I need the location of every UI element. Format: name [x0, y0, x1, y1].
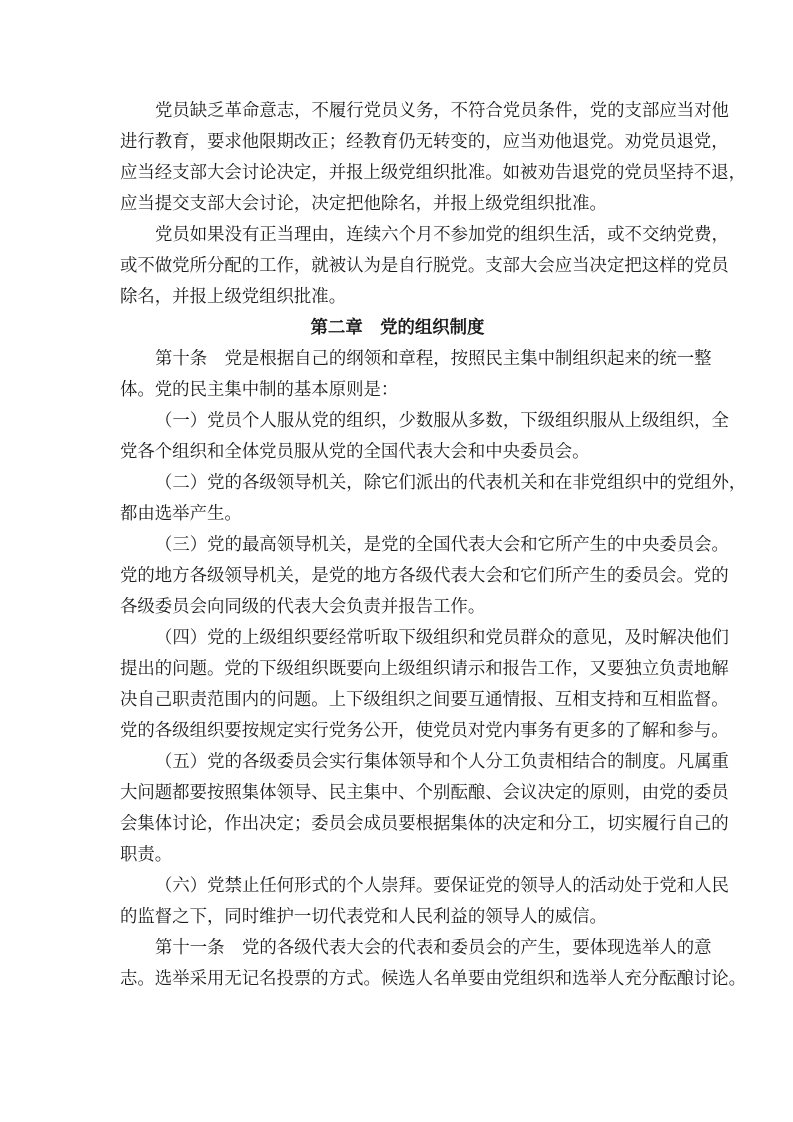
paragraph-principle-1: （一）党员个人服从党的组织，少数服从多数，下级组织服从上级组织，全 党各个组织和… — [120, 406, 675, 468]
text-line: 或不做党所分配的工作，就被认为是自行脱党。支部大会应当决定把这样的党员 — [120, 251, 675, 282]
paragraph-principle-2: （二）党的各级领导机关，除它们派出的代表机关和在非党组织中的党组外， 都由选举产… — [120, 468, 675, 530]
text-line: （六）党禁止任何形式的个人崇拜。要保证党的领导人的活动处于党和人民 — [120, 871, 675, 902]
paragraph-quit-party: 党员缺乏革命意志，不履行党员义务，不符合党员条件，党的支部应当对他 进行教育，要… — [120, 96, 675, 220]
paragraph-article-10: 第十条 党是根据自己的纲领和章程，按照民主集中制组织起来的统一整 体。党的民主集… — [120, 344, 675, 406]
text-line: 第十一条 党的各级代表大会的代表和委员会的产生，要体现选举人的意 — [120, 933, 675, 964]
text-line: 会集体讨论，作出决定；委员会成员要根据集体的决定和分工，切实履行自己的 — [120, 809, 675, 840]
paragraph-principle-6: （六）党禁止任何形式的个人崇拜。要保证党的领导人的活动处于党和人民 的监督之下，… — [120, 871, 675, 933]
chapter-heading: 第二章 党的组织制度 — [120, 313, 675, 344]
text-line: （四）党的上级组织要经常听取下级组织和党员群众的意见，及时解决他们 — [120, 623, 675, 654]
text-line: 应当经支部大会讨论决定，并报上级党组织批准。如被劝告退党的党员坚持不退， — [120, 158, 675, 189]
text-line: （二）党的各级领导机关，除它们派出的代表机关和在非党组织中的党组外， — [120, 468, 675, 499]
text-line: 提出的问题。党的下级组织既要向上级组织请示和报告工作，又要独立负责地解 — [120, 654, 675, 685]
paragraph-principle-4: （四）党的上级组织要经常听取下级组织和党员群众的意见，及时解决他们 提出的问题。… — [120, 623, 675, 747]
text-line: 应当提交支部大会讨论，决定把他除名，并报上级党组织批准。 — [120, 189, 675, 220]
text-line: 除名，并报上级党组织批准。 — [120, 282, 675, 313]
text-line: 党各个组织和全体党员服从党的全国代表大会和中央委员会。 — [120, 437, 675, 468]
paragraph-principle-3: （三）党的最高领导机关，是党的全国代表大会和它所产生的中央委员会。 党的地方各级… — [120, 530, 675, 623]
text-line: 职责。 — [120, 840, 675, 871]
text-line: （五）党的各级委员会实行集体领导和个人分工负责相结合的制度。凡属重 — [120, 747, 675, 778]
text-line: 党的地方各级领导机关，是党的地方各级代表大会和它们所产生的委员会。党的 — [120, 561, 675, 592]
text-line: 党员缺乏革命意志，不履行党员义务，不符合党员条件，党的支部应当对他 — [120, 96, 675, 127]
text-line: 大问题都要按照集体领导、民主集中、个别酝酿、会议决定的原则，由党的委员 — [120, 778, 675, 809]
text-line: （一）党员个人服从党的组织，少数服从多数，下级组织服从上级组织，全 — [120, 406, 675, 437]
text-line: 党的各级组织要按规定实行党务公开，使党员对党内事务有更多的了解和参与。 — [120, 716, 675, 747]
text-line: 都由选举产生。 — [120, 499, 675, 530]
text-line: 志。选举采用无记名投票的方式。候选人名单要由党组织和选举人充分酝酿讨论。 — [120, 964, 675, 995]
text-line: 第十条 党是根据自己的纲领和章程，按照民主集中制组织起来的统一整 — [120, 344, 675, 375]
paragraph-principle-5: （五）党的各级委员会实行集体领导和个人分工负责相结合的制度。凡属重 大问题都要按… — [120, 747, 675, 871]
text-line: 各级委员会向同级的代表大会负责并报告工作。 — [120, 592, 675, 623]
text-line: 体。党的民主集中制的基本原则是： — [120, 375, 675, 406]
text-line: 的监督之下，同时维护一切代表党和人民利益的领导人的威信。 — [120, 902, 675, 933]
text-line: 进行教育，要求他限期改正；经教育仍无转变的，应当劝他退党。劝党员退党， — [120, 127, 675, 158]
paragraph-self-withdrawal: 党员如果没有正当理由，连续六个月不参加党的组织生活，或不交纳党费， 或不做党所分… — [120, 220, 675, 313]
text-line: 决自己职责范围内的问题。上下级组织之间要互通情报、互相支持和互相监督。 — [120, 685, 675, 716]
text-line: 党员如果没有正当理由，连续六个月不参加党的组织生活，或不交纳党费， — [120, 220, 675, 251]
text-line: （三）党的最高领导机关，是党的全国代表大会和它所产生的中央委员会。 — [120, 530, 675, 561]
document-page: 党员缺乏革命意志，不履行党员义务，不符合党员条件，党的支部应当对他 进行教育，要… — [120, 96, 675, 995]
paragraph-article-11: 第十一条 党的各级代表大会的代表和委员会的产生，要体现选举人的意 志。选举采用无… — [120, 933, 675, 995]
